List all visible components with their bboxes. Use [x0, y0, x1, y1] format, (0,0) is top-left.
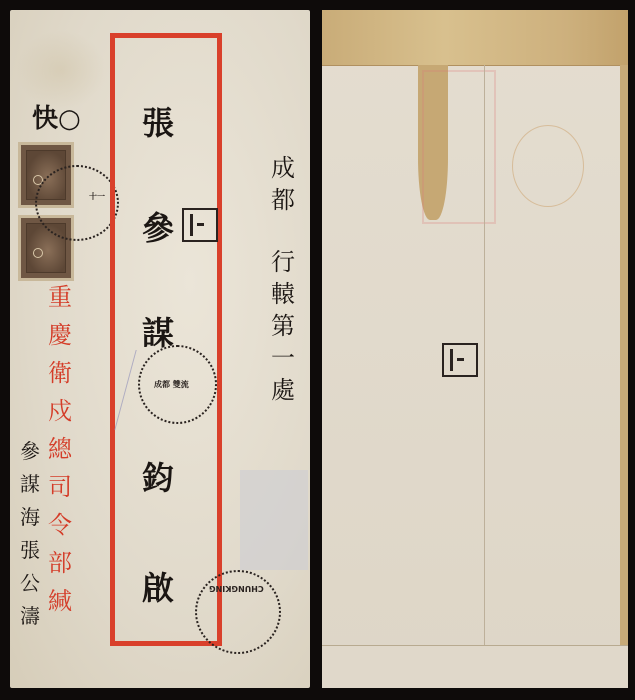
urgent-mark: 快○ — [32, 98, 81, 135]
water-stain — [512, 125, 584, 207]
back-box-handstamp — [442, 343, 478, 377]
center-seam — [484, 65, 485, 645]
envelope-front: 快○ 十一 重 慶 衛 戍 總 司 令 部 緘 參 謀 海 張 公 濤 張 參 … — [10, 10, 310, 688]
chungking-postmark: CHUNGKING — [195, 570, 281, 654]
bottom-flap — [322, 645, 628, 688]
address-column: 成 都 行 轅 第 一 處 — [265, 148, 301, 405]
top-flap — [322, 10, 628, 66]
envelope-back — [322, 10, 628, 688]
paper-patch — [240, 470, 308, 570]
right-edge — [620, 65, 628, 685]
sun-emblem-icon — [33, 248, 43, 258]
stamp-cancel-postmark: 十一 — [35, 165, 119, 241]
box-handstamp — [182, 208, 218, 242]
printed-sender-column: 重 慶 衛 戍 總 司 令 部 緘 — [42, 278, 78, 620]
handwritten-sender-column: 參 謀 海 張 公 濤 — [16, 435, 44, 633]
receiving-postmark: 成都 雙流 — [138, 345, 217, 424]
